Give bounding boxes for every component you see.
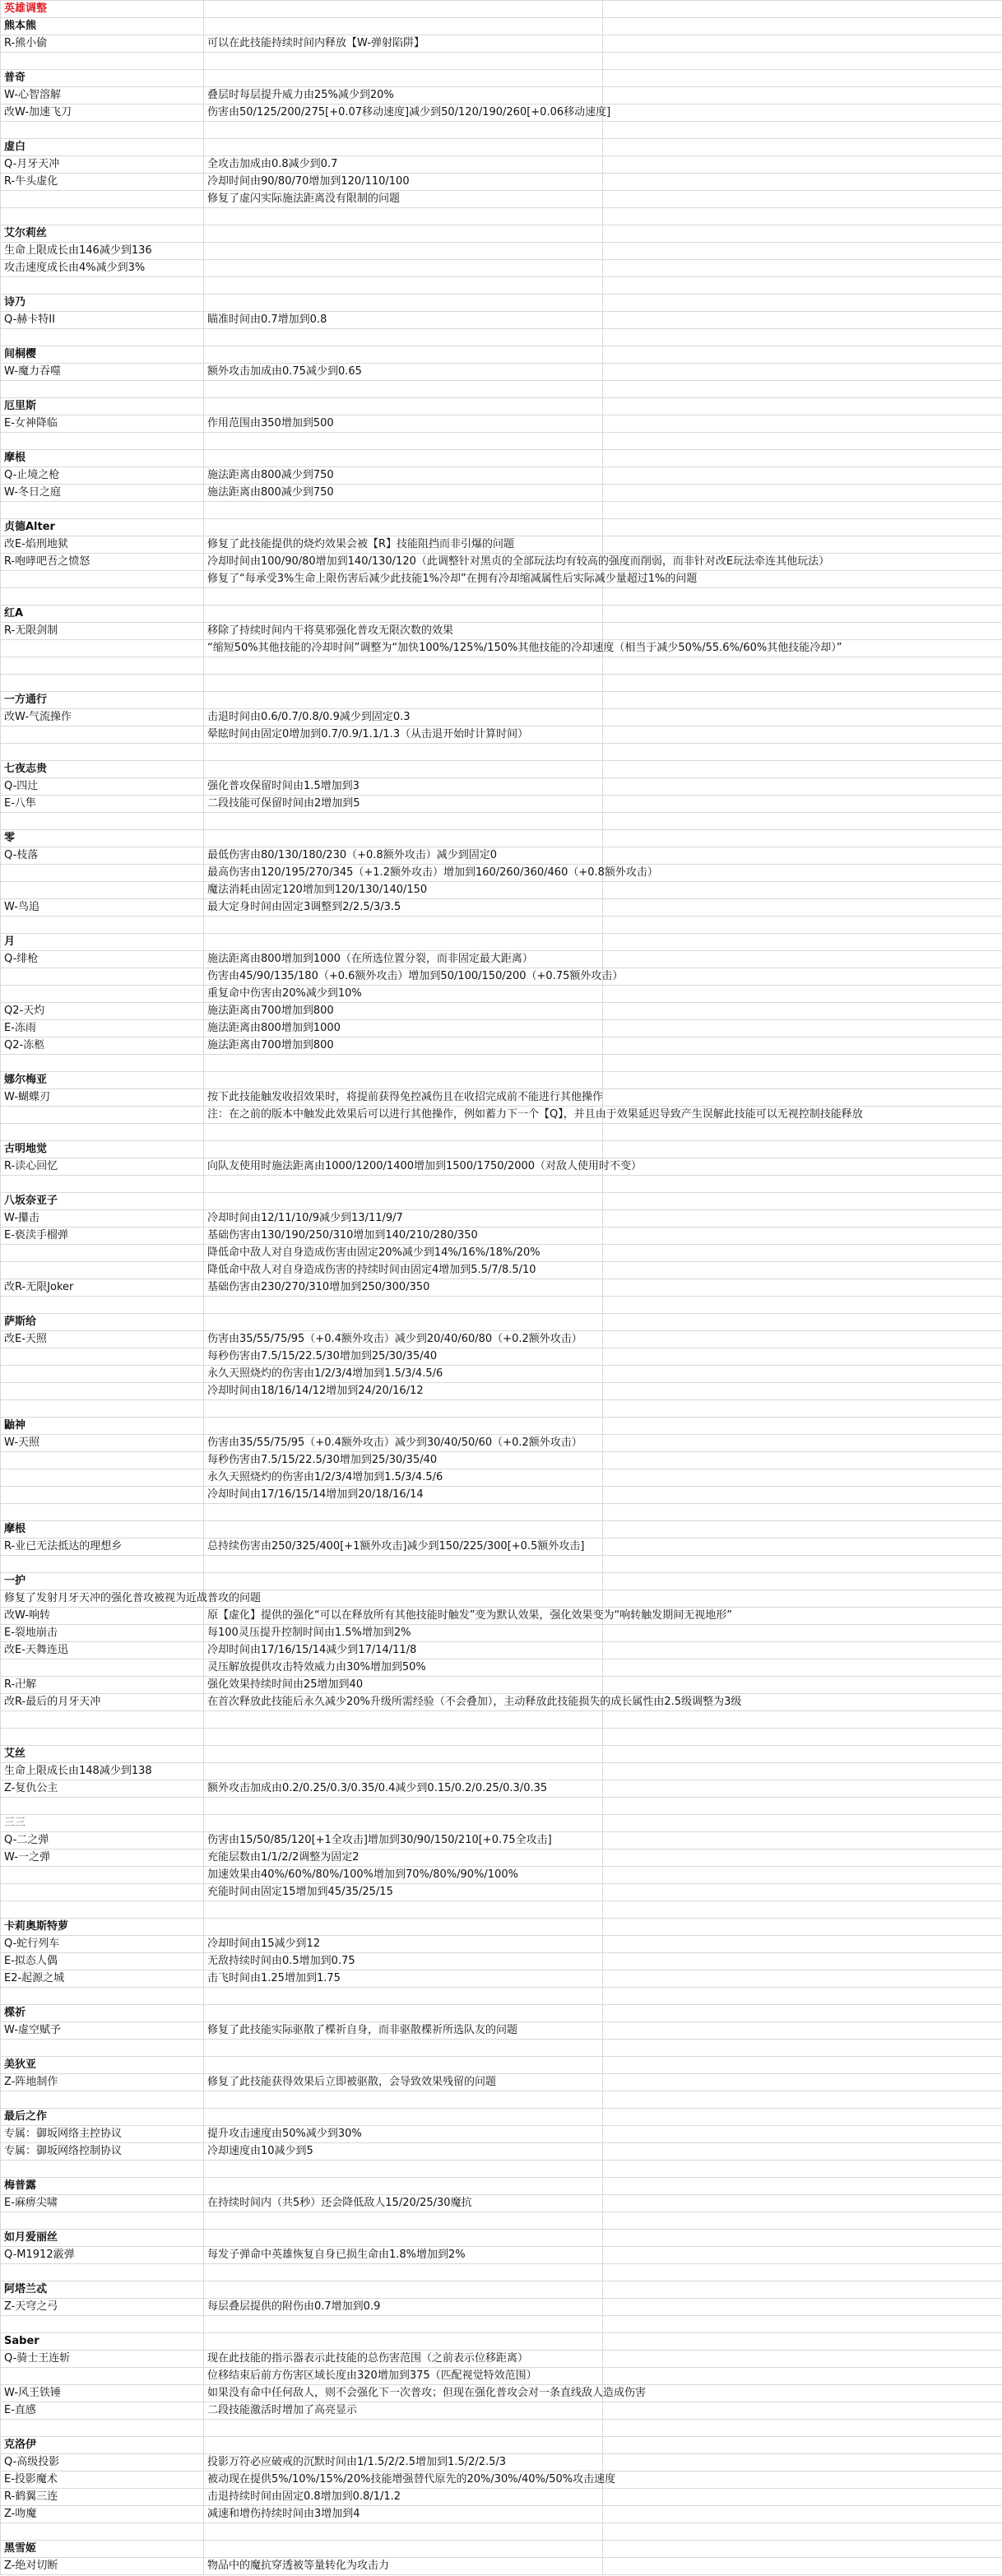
cell-c[interactable] [603, 986, 1002, 1003]
cell-c[interactable] [603, 2195, 1002, 2212]
cell-c[interactable] [603, 1400, 1002, 1418]
cell-b[interactable]: 最高伤害由120/195/270/345（+1.2额外攻击）增加到160/260… [204, 865, 603, 882]
cell-c[interactable] [603, 744, 1002, 761]
cell-b[interactable]: 伤害由35/55/75/95（+0.4额外攻击）减少到20/40/60/80（+… [204, 1331, 603, 1348]
cell-a[interactable] [1, 968, 204, 986]
cell-c[interactable] [603, 35, 1002, 53]
cell-b[interactable]: 强化普攻保留时间由1.5增加到3 [204, 778, 603, 796]
cell-c[interactable] [603, 381, 1002, 398]
cell-c[interactable] [603, 934, 1002, 951]
cell-b[interactable] [204, 2109, 603, 2126]
cell-b[interactable] [204, 243, 603, 260]
cell-c[interactable] [603, 1642, 1002, 1659]
cell-a[interactable]: Q-止境之枪 [1, 467, 204, 485]
cell-b[interactable] [204, 1711, 603, 1729]
cell-c[interactable] [603, 156, 1002, 174]
cell-b[interactable]: 注：在之前的版本中触发此效果后可以进行其他操作，例如蓄力下一个【Q】，并且由于效… [204, 1107, 603, 1124]
cell-b[interactable]: 永久天照烧灼的伤害由1/2/3/4增加到1.5/3/4.5/6 [204, 1366, 603, 1383]
cell-a[interactable]: 月 [1, 934, 204, 951]
cell-b[interactable] [204, 1176, 603, 1193]
cell-a[interactable] [1, 1245, 204, 1262]
cell-c[interactable] [603, 519, 1002, 536]
cell-b[interactable] [204, 346, 603, 364]
cell-b[interactable]: 修复了此技能获得效果后立即被驱散，会导致效果残留的问题 [204, 2074, 603, 2091]
cell-c[interactable] [603, 726, 1002, 744]
cell-a[interactable] [1, 640, 204, 657]
cell-b[interactable] [204, 2281, 603, 2299]
cell-b[interactable]: 二段技能可保留时间由2增加到5 [204, 796, 603, 813]
cell-a[interactable] [1, 1383, 204, 1400]
cell-b[interactable] [204, 2161, 603, 2178]
cell-b[interactable] [204, 657, 603, 675]
cell-b[interactable] [204, 2212, 603, 2230]
cell-c[interactable] [603, 1677, 1002, 1694]
cell-c[interactable] [603, 1245, 1002, 1262]
cell-b[interactable] [204, 1504, 603, 1521]
cell-a[interactable]: E-冻雨 [1, 1020, 204, 1037]
cell-c[interactable] [603, 485, 1002, 502]
cell-a[interactable] [1, 865, 204, 882]
cell-b[interactable]: 作用范围由350增加到500 [204, 415, 603, 433]
cell-b[interactable] [204, 1521, 603, 1539]
cell-b[interactable] [204, 1815, 603, 1832]
cell-b[interactable] [204, 18, 603, 35]
cell-b[interactable]: 充能层数由1/1/2/2调整为固定2 [204, 1850, 603, 1867]
cell-a[interactable]: Q-二之弹 [1, 1832, 204, 1850]
cell-c[interactable] [603, 692, 1002, 709]
cell-a[interactable]: 一护 [1, 1573, 204, 1590]
cell-b[interactable] [204, 208, 603, 225]
cell-b[interactable]: 叠层时每层提升威力由25%减少到20% [204, 87, 603, 104]
cell-a[interactable]: 红A [1, 606, 204, 623]
cell-b[interactable] [204, 502, 603, 519]
cell-c[interactable] [603, 2316, 1002, 2333]
cell-c[interactable] [603, 917, 1002, 934]
cell-c[interactable] [603, 1659, 1002, 1677]
cell-a[interactable] [1, 122, 204, 139]
cell-c[interactable] [603, 364, 1002, 381]
cell-c[interactable] [603, 1297, 1002, 1314]
cell-a[interactable]: 贞德Alter [1, 519, 204, 536]
cell-c[interactable] [603, 122, 1002, 139]
cell-a[interactable] [1, 1711, 204, 1729]
cell-b[interactable]: 最大定身时间由固定3调整到2/2.5/3/3.5 [204, 899, 603, 917]
cell-b[interactable] [204, 329, 603, 346]
cell-c[interactable] [603, 104, 1002, 122]
cell-a[interactable] [1, 1504, 204, 1521]
cell-a[interactable] [1, 1884, 204, 1901]
cell-b[interactable] [204, 934, 603, 951]
cell-a[interactable]: W-天照 [1, 1435, 204, 1452]
cell-c[interactable] [603, 1262, 1002, 1279]
cell-b[interactable] [204, 260, 603, 277]
cell-a[interactable]: 改W-响转 [1, 1608, 204, 1625]
cell-b[interactable] [204, 2420, 603, 2437]
cell-b[interactable] [204, 433, 603, 450]
cell-c[interactable] [603, 450, 1002, 467]
cell-b[interactable] [204, 1901, 603, 1919]
cell-c[interactable] [603, 606, 1002, 623]
cell-b[interactable] [204, 2264, 603, 2281]
cell-b[interactable]: 基础伤害由130/190/250/310增加到140/210/280/350 [204, 1228, 603, 1245]
cell-c[interactable] [603, 2161, 1002, 2178]
cell-b[interactable] [204, 675, 603, 692]
cell-c[interactable] [603, 2402, 1002, 2420]
cell-c[interactable] [603, 951, 1002, 968]
cell-c[interactable] [603, 225, 1002, 243]
cell-c[interactable] [603, 191, 1002, 208]
cell-c[interactable] [603, 882, 1002, 899]
cell-c[interactable] [603, 1487, 1002, 1504]
cell-a[interactable]: 诗乃 [1, 295, 204, 312]
cell-c[interactable] [603, 1089, 1002, 1107]
cell-c[interactable] [603, 1020, 1002, 1037]
cell-b[interactable] [204, 277, 603, 295]
cell-b[interactable] [204, 2316, 603, 2333]
cell-a[interactable] [1, 1729, 204, 1746]
cell-b[interactable]: 每秒伤害由7.5/15/22.5/30增加到25/30/35/40 [204, 1348, 603, 1366]
cell-c[interactable] [603, 778, 1002, 796]
cell-c[interactable] [603, 1919, 1002, 1936]
cell-b[interactable] [204, 1556, 603, 1573]
cell-c[interactable] [603, 1504, 1002, 1521]
cell-c[interactable] [603, 2040, 1002, 2057]
cell-c[interactable] [603, 312, 1002, 329]
cell-c[interactable] [603, 1901, 1002, 1919]
cell-a[interactable]: Q-绯枪 [1, 951, 204, 968]
cell-b[interactable] [204, 2437, 603, 2454]
cell-a[interactable] [1, 1055, 204, 1072]
cell-b[interactable]: 施法距离由700增加到800 [204, 1037, 603, 1055]
cell-b[interactable]: 施法距离由700增加到800 [204, 1003, 603, 1020]
cell-b[interactable] [204, 2523, 603, 2541]
cell-b[interactable]: 每秒伤害由7.5/15/22.5/30增加到25/30/35/40 [204, 1452, 603, 1469]
cell-b[interactable]: 冷却时间由90/80/70增加到120/110/100 [204, 174, 603, 191]
cell-a[interactable]: R-业已无法抵达的理想乡 [1, 1539, 204, 1556]
cell-c[interactable] [603, 2351, 1002, 2368]
cell-c[interactable] [603, 2558, 1002, 2575]
cell-a[interactable] [1, 744, 204, 761]
cell-c[interactable] [603, 1331, 1002, 1348]
cell-c[interactable] [603, 709, 1002, 726]
cell-b[interactable]: 瞄准时间由0.7增加到0.8 [204, 312, 603, 329]
cell-a[interactable]: 零 [1, 830, 204, 847]
cell-c[interactable] [603, 1556, 1002, 1573]
cell-a[interactable]: 八坂奈亚子 [1, 1193, 204, 1210]
cell-b[interactable]: 全攻击加成由0.8减少到0.7 [204, 156, 603, 174]
cell-c[interactable] [603, 899, 1002, 917]
cell-a[interactable] [1, 208, 204, 225]
cell-b[interactable] [204, 1297, 603, 1314]
cell-c[interactable] [603, 208, 1002, 225]
cell-b[interactable]: 物品中的魔抗穿透被等量转化为攻击力 [204, 2558, 603, 2575]
cell-c[interactable] [603, 761, 1002, 778]
cell-b[interactable] [204, 122, 603, 139]
cell-c[interactable] [603, 796, 1002, 813]
cell-b[interactable] [204, 1, 603, 18]
cell-a[interactable]: 生命上限成长由148减少到138 [1, 1763, 204, 1780]
cell-a[interactable] [1, 277, 204, 295]
cell-c[interactable] [603, 1279, 1002, 1297]
cell-c[interactable] [603, 1539, 1002, 1556]
cell-b[interactable] [204, 2178, 603, 2195]
cell-a[interactable] [1, 1798, 204, 1815]
cell-b[interactable]: “缩短50%其他技能的冷却时间”调整为“加快100%/125%/150%其他技能… [204, 640, 603, 657]
cell-a[interactable] [1, 1262, 204, 1279]
cell-b[interactable] [204, 917, 603, 934]
cell-c[interactable] [603, 1176, 1002, 1193]
cell-c[interactable] [603, 1780, 1002, 1798]
cell-c[interactable] [603, 502, 1002, 519]
cell-c[interactable] [603, 1711, 1002, 1729]
cell-c[interactable] [603, 260, 1002, 277]
cell-a[interactable]: 如月爱丽丝 [1, 2230, 204, 2247]
cell-b[interactable]: 在持续时间内（共5秒）还会降低敌人15/20/25/30魔抗 [204, 2195, 603, 2212]
cell-a[interactable]: Q-高级投影 [1, 2454, 204, 2472]
cell-b[interactable] [204, 53, 603, 70]
cell-b[interactable] [204, 1590, 603, 1608]
cell-b[interactable]: 修复了虚闪实际施法距离没有限制的问题 [204, 191, 603, 208]
cell-b[interactable]: 强化效果持续时间由25增加到40 [204, 1677, 603, 1694]
cell-b[interactable]: 冷却时间由100/90/80增加到140/130/120（此调整针对黑贞的全部玩… [204, 554, 603, 571]
cell-c[interactable] [603, 398, 1002, 415]
cell-a[interactable] [1, 2212, 204, 2230]
cell-b[interactable] [204, 1124, 603, 1141]
cell-a[interactable] [1, 2161, 204, 2178]
cell-b[interactable]: 可以在此技能持续时间内释放【W-弹射陷阱】 [204, 35, 603, 53]
cell-c[interactable] [603, 2143, 1002, 2161]
cell-b[interactable]: 施法距离由800减少到750 [204, 485, 603, 502]
cell-a[interactable]: 楪祈 [1, 2005, 204, 2022]
cell-b[interactable]: 伤害由15/50/85/120[+1全攻击]增加到30/90/150/210[+… [204, 1832, 603, 1850]
cell-b[interactable]: 位移结束后前方伤害区域长度由320增加到375（匹配视觉特效范围） [204, 2368, 603, 2385]
cell-b[interactable] [204, 450, 603, 467]
cell-c[interactable] [603, 588, 1002, 606]
cell-a[interactable]: 生命上限成长由146减少到136 [1, 243, 204, 260]
cell-c[interactable] [603, 968, 1002, 986]
cell-c[interactable] [603, 467, 1002, 485]
cell-a[interactable]: Q2-天灼 [1, 1003, 204, 1020]
cell-a[interactable]: 改E-天舞连迅 [1, 1642, 204, 1659]
cell-a[interactable] [1, 1901, 204, 1919]
cell-c[interactable] [603, 2057, 1002, 2074]
cell-b[interactable]: 额外攻击加成由0.75减少到0.65 [204, 364, 603, 381]
cell-b[interactable]: 向队友使用时施法距离由1000/1200/1400增加到1500/1750/20… [204, 1158, 603, 1176]
cell-a[interactable]: 攻击速度成长由4%减少到3% [1, 260, 204, 277]
cell-b[interactable] [204, 813, 603, 830]
cell-c[interactable] [603, 865, 1002, 882]
cell-c[interactable] [603, 2368, 1002, 2385]
cell-b[interactable]: 基础伤害由230/270/310增加到250/300/350 [204, 1279, 603, 1297]
cell-a[interactable]: W-魔力吞噬 [1, 364, 204, 381]
cell-b[interactable]: 如果没有命中任何敌人，则不会强化下一次普攻；但现在强化普攻会对一条直线敌人造成伤… [204, 2385, 603, 2402]
cell-c[interactable] [603, 830, 1002, 847]
cell-c[interactable] [603, 2523, 1002, 2541]
cell-a[interactable] [1, 1867, 204, 1884]
cell-a[interactable] [1, 1988, 204, 2005]
cell-b[interactable]: 永久天照烧灼的伤害由1/2/3/4增加到1.5/3/4.5/6 [204, 1469, 603, 1487]
cell-a[interactable]: 七夜志贵 [1, 761, 204, 778]
cell-a[interactable] [1, 675, 204, 692]
cell-c[interactable] [603, 1521, 1002, 1539]
cell-b[interactable]: 减速和增伤持续时间由3增加到4 [204, 2506, 603, 2523]
cell-b[interactable]: 冷却速度由10减少到5 [204, 2143, 603, 2161]
cell-b[interactable] [204, 692, 603, 709]
cell-a[interactable]: 改E-天照 [1, 1331, 204, 1348]
cell-b[interactable] [204, 70, 603, 87]
cell-a[interactable]: E-女神降临 [1, 415, 204, 433]
cell-b[interactable] [204, 1919, 603, 1936]
cell-c[interactable] [603, 70, 1002, 87]
cell-b[interactable]: 施法距离由800增加到1000 [204, 1020, 603, 1037]
cell-a[interactable] [1, 2368, 204, 2385]
cell-a[interactable] [1, 571, 204, 588]
cell-a[interactable]: 专属：御坂网络控制协议 [1, 2143, 204, 2161]
cell-a[interactable]: 一方通行 [1, 692, 204, 709]
cell-c[interactable] [603, 2126, 1002, 2143]
cell-a[interactable]: Z-绝对切断 [1, 2558, 204, 2575]
cell-a[interactable]: 摩根 [1, 1521, 204, 1539]
cell-c[interactable] [603, 277, 1002, 295]
cell-a[interactable] [1, 813, 204, 830]
cell-b[interactable]: 原【虚化】提供的强化“可以在释放所有其他技能时触发”变为默认效果，强化效果变为“… [204, 1608, 603, 1625]
cell-a[interactable] [1, 726, 204, 744]
cell-a[interactable]: 萨斯给 [1, 1314, 204, 1331]
cell-a[interactable]: 修复了发射月牙天冲的强化普攻被视为近战普攻的问题 [1, 1590, 204, 1608]
cell-a[interactable]: Q-骑士王连斩 [1, 2351, 204, 2368]
cell-a[interactable] [1, 1176, 204, 1193]
cell-c[interactable] [603, 1625, 1002, 1642]
cell-c[interactable] [603, 1970, 1002, 1988]
cell-a[interactable]: 改W-气流操作 [1, 709, 204, 726]
cell-a[interactable]: Z-复仇公主 [1, 1780, 204, 1798]
cell-a[interactable]: W-攥击 [1, 1210, 204, 1228]
cell-a[interactable] [1, 2091, 204, 2109]
cell-c[interactable] [603, 1832, 1002, 1850]
cell-c[interactable] [603, 1763, 1002, 1780]
cell-b[interactable] [204, 1055, 603, 1072]
cell-b[interactable]: 伤害由35/55/75/95（+0.4额外攻击）减少到30/40/50/60（+… [204, 1435, 603, 1452]
cell-b[interactable]: 击退持续时间由固定0.8增加到0.8/1/1.2 [204, 2489, 603, 2506]
cell-b[interactable] [204, 1763, 603, 1780]
cell-a[interactable]: 艾丝 [1, 1746, 204, 1763]
cell-c[interactable] [603, 1573, 1002, 1590]
cell-c[interactable] [603, 2074, 1002, 2091]
cell-a[interactable]: W-虚空赋予 [1, 2022, 204, 2040]
cell-b[interactable]: 施法距离由800减少到750 [204, 467, 603, 485]
cell-a[interactable] [1, 502, 204, 519]
cell-c[interactable] [603, 1210, 1002, 1228]
cell-c[interactable] [603, 1366, 1002, 1383]
cell-b[interactable]: 伤害由50/125/200/275[+0.07移动速度]减少到50/120/19… [204, 104, 603, 122]
cell-c[interactable] [603, 2420, 1002, 2437]
cell-a[interactable]: Q-枝落 [1, 847, 204, 865]
cell-b[interactable] [204, 398, 603, 415]
cell-c[interactable] [603, 1055, 1002, 1072]
cell-a[interactable]: 间桐樱 [1, 346, 204, 364]
cell-a[interactable]: 熊本熊 [1, 18, 204, 35]
cell-a[interactable]: 克洛伊 [1, 2437, 204, 2454]
cell-b[interactable]: 加速效果由40%/60%/80%/100%增加到70%/80%/90%/100% [204, 1867, 603, 1884]
cell-b[interactable] [204, 225, 603, 243]
cell-c[interactable] [603, 2022, 1002, 2040]
cell-c[interactable] [603, 346, 1002, 364]
cell-b[interactable] [204, 2057, 603, 2074]
cell-b[interactable] [204, 295, 603, 312]
cell-a[interactable] [1, 986, 204, 1003]
cell-c[interactable] [603, 2472, 1002, 2489]
cell-c[interactable] [603, 1435, 1002, 1452]
cell-b[interactable] [204, 1141, 603, 1158]
cell-c[interactable] [603, 1072, 1002, 1089]
cell-b[interactable]: 晕眩时间由固定0增加到0.7/0.9/1.1/1.3（从击退开始时计算时间） [204, 726, 603, 744]
cell-c[interactable] [603, 415, 1002, 433]
cell-a[interactable] [1, 191, 204, 208]
cell-b[interactable]: 在首次释放此技能后永久减少20%升级所需经验（不会叠加），主动释放此技能损失的成… [204, 1694, 603, 1711]
cell-c[interactable] [603, 87, 1002, 104]
cell-c[interactable] [603, 53, 1002, 70]
cell-a[interactable]: R-熊小偷 [1, 35, 204, 53]
cell-c[interactable] [603, 1867, 1002, 1884]
cell-b[interactable] [204, 2005, 603, 2022]
cell-a[interactable]: W-风王铁锤 [1, 2385, 204, 2402]
cell-a[interactable]: Q-月牙天冲 [1, 156, 204, 174]
cell-b[interactable] [204, 2333, 603, 2351]
cell-b[interactable] [204, 830, 603, 847]
cell-b[interactable] [204, 2040, 603, 2057]
cell-b[interactable]: 每发子弹命中英雄恢复自身已损生命由1.8%增加到2% [204, 2247, 603, 2264]
cell-a[interactable] [1, 2420, 204, 2437]
cell-c[interactable] [603, 2109, 1002, 2126]
cell-a[interactable] [1, 1469, 204, 1487]
cell-b[interactable] [204, 761, 603, 778]
cell-c[interactable] [603, 2489, 1002, 2506]
cell-a[interactable]: E-八隼 [1, 796, 204, 813]
cell-b[interactable]: 修复了此技能实际驱散了楪祈自身，而非驱散楪祈所选队友的问题 [204, 2022, 603, 2040]
cell-b[interactable]: 击退时间由0.6/0.7/0.8/0.9减少到固定0.3 [204, 709, 603, 726]
cell-a[interactable]: 最后之作 [1, 2109, 204, 2126]
cell-a[interactable] [1, 1348, 204, 1366]
cell-b[interactable]: 被动现在提供5%/10%/15%/20%技能增强替代原先的20%/30%/40%… [204, 2472, 603, 2489]
cell-b[interactable]: 现在此技能的指示器表示此技能的总伤害范围（之前表示位移距离） [204, 2351, 603, 2368]
cell-c[interactable] [603, 139, 1002, 156]
cell-c[interactable] [603, 1798, 1002, 1815]
cell-c[interactable] [603, 2264, 1002, 2281]
cell-a[interactable]: R-牛头虚化 [1, 174, 204, 191]
cell-b[interactable]: 二段技能激活时增加了高亮显示 [204, 2402, 603, 2420]
cell-a[interactable]: E-拟态人偶 [1, 1953, 204, 1970]
cell-b[interactable]: 冷却时间由15减少到12 [204, 1936, 603, 1953]
cell-c[interactable] [603, 1141, 1002, 1158]
cell-a[interactable] [1, 1107, 204, 1124]
cell-c[interactable] [603, 1884, 1002, 1901]
cell-b[interactable]: 总持续伤害由250/325/400[+1额外攻击]减少到150/225/300[… [204, 1539, 603, 1556]
cell-b[interactable] [204, 1573, 603, 1590]
cell-a[interactable]: Q-蛇行列车 [1, 1936, 204, 1953]
cell-c[interactable] [603, 1314, 1002, 1331]
cell-a[interactable]: W-蝴蝶刃 [1, 1089, 204, 1107]
cell-a[interactable]: Z-吻魔 [1, 2506, 204, 2523]
cell-a[interactable]: 厄里斯 [1, 398, 204, 415]
cell-b[interactable]: 冷却时间由17/16/15/14增加到20/18/16/14 [204, 1487, 603, 1504]
cell-c[interactable] [603, 1729, 1002, 1746]
cell-b[interactable] [204, 1746, 603, 1763]
cell-a[interactable] [1, 2316, 204, 2333]
cell-a[interactable]: R-鹤翼三连 [1, 2489, 204, 2506]
cell-a[interactable]: 艾尔莉丝 [1, 225, 204, 243]
cell-a[interactable]: E2-起源之城 [1, 1970, 204, 1988]
cell-a[interactable] [1, 1487, 204, 1504]
